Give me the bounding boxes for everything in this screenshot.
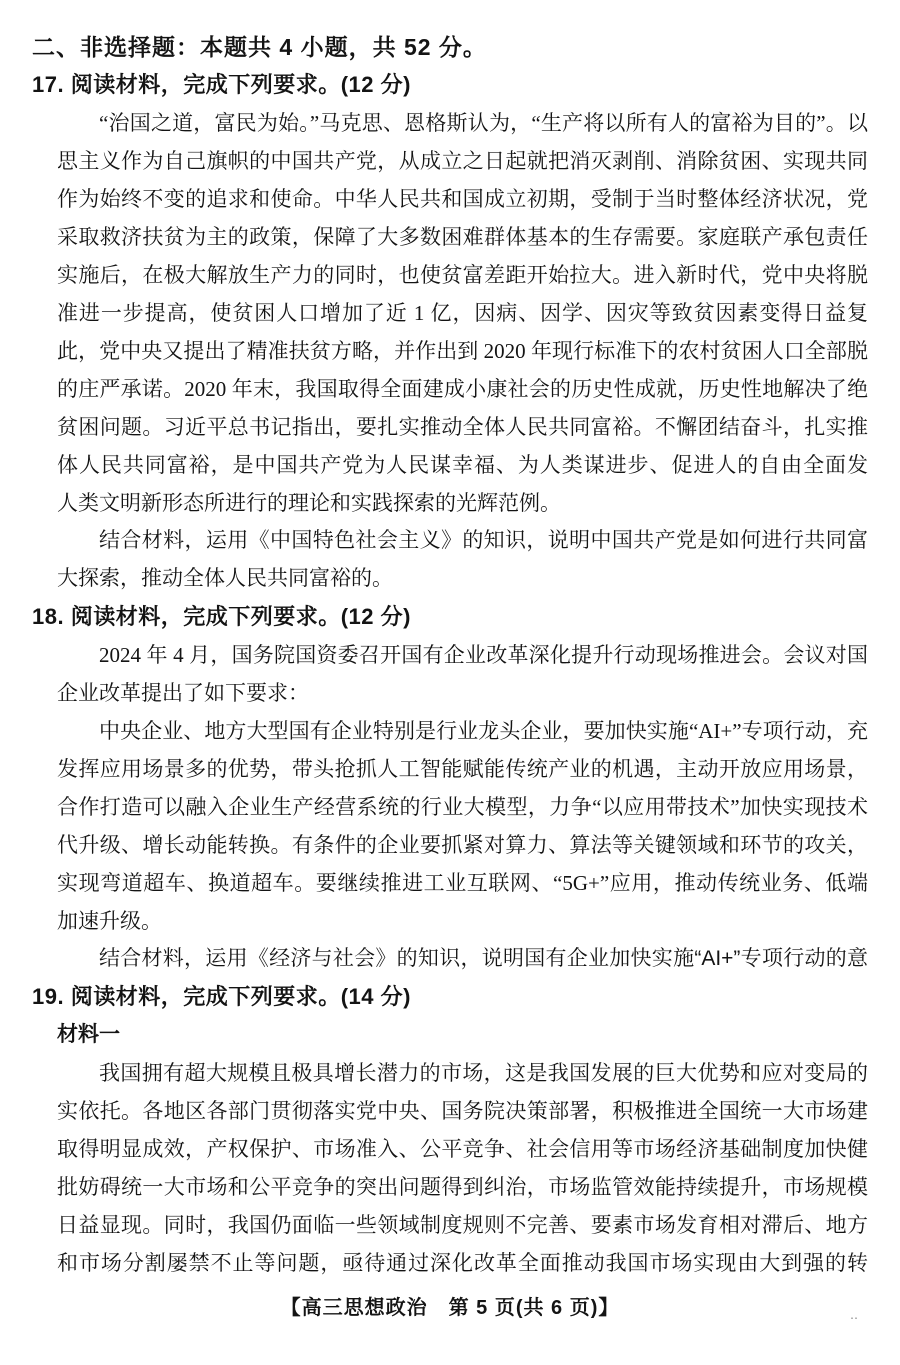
- prompt-line: 结合材料，运用《经济与社会》的知识，说明国有企业加快实施“AI+”专项行动的意义…: [57, 940, 868, 978]
- text-line: 采取救济扶贫为主的政策，保障了大多数困难群体基本的生存需要。家庭联产承包责任制: [57, 218, 868, 256]
- text-line: 合作打造可以融入企业生产经营系统的行业大模型，力争“以应用带技术”加快实现技术迭: [57, 788, 868, 826]
- question-18: 18. 阅读材料，完成下列要求。(12 分) 2024 年 4 月，国务院国资委…: [32, 598, 868, 978]
- text-line: 取得明显成效，产权保护、市场准入、公平竞争、社会信用等市场经济基础制度加快健全。…: [57, 1130, 868, 1168]
- section-header: 二、非选择题：本题共 4 小题，共 52 分。: [32, 28, 868, 66]
- text-line: 日益显现。同时，我国仍面临一些领域制度规则不完善、要素市场发育相对滞后、地方保护: [57, 1206, 868, 1244]
- material-one-label: 材料一: [57, 1016, 868, 1054]
- text-line: 批妨碍统一大市场和公平竞争的突出问题得到纠治，市场监管效能持续提升，市场规模效应: [57, 1168, 868, 1206]
- scan-artifact-mark: ‥: [850, 1308, 858, 1322]
- question-18-material-p2: 中央企业、地方大型国有企业特别是行业龙头企业，要加快实施“AI+”专项行动，充分…: [32, 712, 868, 940]
- question-19: 19. 阅读材料，完成下列要求。(14 分) 材料一 我国拥有超大规模且极具增长…: [32, 978, 868, 1282]
- text-line: 人类文明新形态所进行的理论和实践探索的光辉范例。: [57, 484, 868, 522]
- question-19-material-one: 我国拥有超大规模且极具增长潜力的市场，这是我国发展的巨大优势和应对变局的坚 实依…: [32, 1054, 868, 1282]
- question-17: 17. 阅读材料，完成下列要求。(12 分) “治国之道，富民为始。”马克思、恩…: [32, 66, 868, 598]
- question-17-material: “治国之道，富民为始。”马克思、恩格斯认为，“生产将以所有人的富裕为目的”。以马…: [32, 104, 868, 522]
- text-line: 思主义作为自己旗帜的中国共产党，从成立之日起就把消灭剥削、消除贫困、实现共同富裕: [57, 142, 868, 180]
- text-line: 我国拥有超大规模且极具增长潜力的市场，这是我国发展的巨大优势和应对变局的坚: [57, 1054, 868, 1092]
- question-18-material-p1: 2024 年 4 月，国务院国资委召开国有企业改革深化提升行动现场推进会。会议对…: [32, 636, 868, 712]
- question-17-title: 17. 阅读材料，完成下列要求。(12 分): [32, 66, 868, 104]
- exam-page: 二、非选择题：本题共 4 小题，共 52 分。 17. 阅读材料，完成下列要求。…: [0, 0, 900, 1365]
- text-line: 发挥应用场景多的优势，带头抢抓人工智能赋能传统产业的机遇，主动开放应用场景，积极: [57, 750, 868, 788]
- text-line: 作为始终不变的追求和使命。中华人民共和国成立初期，受制于当时整体经济状况，党中央: [57, 180, 868, 218]
- question-17-prompt: 结合材料，运用《中国特色社会主义》的知识，说明中国共产党是如何进行共同富裕的伟 …: [32, 522, 868, 598]
- prompt-line: 结合材料，运用《中国特色社会主义》的知识，说明中国共产党是如何进行共同富裕的伟: [57, 522, 868, 560]
- text-line: 和市场分割屡禁不止等问题，亟待通过深化改革全面推动我国市场实现由大到强的转变。: [57, 1244, 868, 1282]
- text-line: 实现弯道超车、换道超车。要继续推进工业互联网、“5G+”应用，推动传统业务、低端…: [57, 864, 868, 902]
- text-line: 代升级、增长动能转换。有条件的企业要抓紧对算力、算法等关键领域和环节的攻关，努力: [57, 826, 868, 864]
- text-line: 2024 年 4 月，国务院国资委召开国有企业改革深化提升行动现场推进会。会议对…: [57, 636, 868, 674]
- question-18-prompt: 结合材料，运用《经济与社会》的知识，说明国有企业加快实施“AI+”专项行动的意义…: [32, 940, 868, 978]
- question-19-title: 19. 阅读材料，完成下列要求。(14 分): [32, 978, 868, 1016]
- text-line: 体人民共同富裕，是中国共产党为人民谋幸福、为人类谋进步、促进人的自由全面发展、创…: [57, 446, 868, 484]
- text-line: 贫困问题。习近平总书记指出，要扎实推动全体人民共同富裕。不懈团结奋斗，扎实推动全: [57, 408, 868, 446]
- text-line: 准进一步提高，使贫困人口增加了近 1 亿，因病、因学、因灾等致贫因素变得日益复杂…: [57, 294, 868, 332]
- text-line: 企业改革提出了如下要求：: [57, 674, 868, 712]
- page-footer: 【高三思想政治 第 5 页(共 6 页)】: [0, 1289, 900, 1327]
- text-line: “治国之道，富民为始。”马克思、恩格斯认为，“生产将以所有人的富裕为目的”。以马…: [57, 104, 868, 142]
- text-line: 中央企业、地方大型国有企业特别是行业龙头企业，要加快实施“AI+”专项行动，充分: [57, 712, 868, 750]
- text-line: 此，党中央又提出了精准扶贫方略，并作出到 2020 年现行标准下的农村贫困人口全…: [57, 332, 868, 370]
- text-line: 实依托。各地区各部门贯彻落实党中央、国务院决策部署，积极推进全国统一大市场建设，: [57, 1092, 868, 1130]
- text-line: 加速升级。: [57, 902, 868, 940]
- text-line: 实施后，在极大解放生产力的同时，也使贫富差距开始拉大。进入新时代，党中央将脱贫标: [57, 256, 868, 294]
- text-line: 的庄严承诺。2020 年末，我国取得全面建成小康社会的历史性成就，历史性地解决了…: [57, 370, 868, 408]
- question-18-title: 18. 阅读材料，完成下列要求。(12 分): [32, 598, 868, 636]
- prompt-line: 大探索，推动全体人民共同富裕的。: [57, 560, 868, 598]
